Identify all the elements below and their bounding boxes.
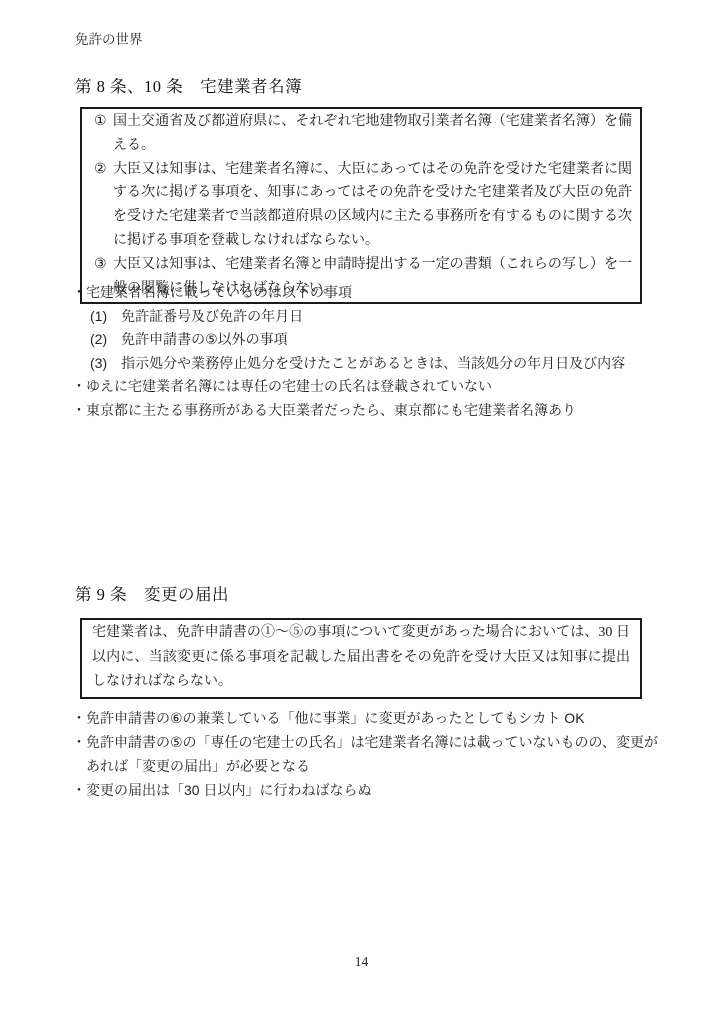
note-subline: (1) 免許証番号及び免許の年月日 [72, 305, 672, 329]
law-item-2: ② 大臣又は知事は、宅建業者名簿に、大臣にあってはその免許を受けた宅建業者に関す… [90, 158, 632, 253]
section-1-notes: ・宅建業者名簿に載っているのは以下の事項 (1) 免許証番号及び免許の年月日 (… [72, 281, 672, 422]
document-header: 免許の世界 [75, 31, 143, 48]
note-line: ・ゆえに宅建業者名簿には専任の宅建士の氏名は登載されていない [72, 375, 672, 399]
law-item-2-text: 大臣又は知事は、宅建業者名簿に、大臣にあってはその免許を受けた宅建業者に関する次… [113, 162, 632, 248]
law-item-1-text: 国土交通省及び都道府県に、それぞれ宅地建物取引業者名簿（宅建業者名簿）を備える。 [113, 114, 632, 153]
circled-number-3: ③ [94, 253, 107, 277]
law-item-1: ① 国土交通省及び都道府県に、それぞれ宅地建物取引業者名簿（宅建業者名簿）を備え… [90, 110, 632, 158]
circled-number-2: ② [94, 158, 107, 182]
article-9-law-box: 宅建業者は、免許申請書の①〜⑤の事項について変更があった場合においては、30 日… [80, 618, 642, 699]
section-1-title: 第 8 条、10 条 宅建業者名簿 [75, 77, 302, 97]
note-line: ・変更の届出は「30 日以内」に行わねばならぬ [72, 778, 664, 802]
page-number: 14 [0, 954, 723, 970]
note-subline: (3) 指示処分や業務停止処分を受けたことがあるときは、当該処分の年月日及び内容 [72, 352, 672, 376]
note-line: ・宅建業者名簿に載っているのは以下の事項 [72, 281, 672, 305]
note-subline: (2) 免許申請書の⑤以外の事項 [72, 328, 672, 352]
article-8-10-law-box: ① 国土交通省及び都道府県に、それぞれ宅地建物取引業者名簿（宅建業者名簿）を備え… [80, 107, 642, 304]
note-line: ・東京都に主たる事務所がある大臣業者だったら、東京都にも宅建業者名簿あり [72, 399, 672, 423]
section-2-title: 第 9 条 変更の届出 [75, 585, 229, 605]
note-line: ・免許申請書の⑤の「専任の宅建士の氏名」は宅建業者名簿には載っていないものの、変… [72, 730, 664, 778]
circled-number-1: ① [94, 110, 107, 134]
document-page: 免許の世界 第 8 条、10 条 宅建業者名簿 ① 国土交通省及び都道府県に、そ… [0, 0, 723, 1024]
section-2-notes: ・免許申請書の⑥の兼業している「他に事業」に変更があったとしてもシカト OK ・… [72, 706, 664, 802]
note-line: ・免許申請書の⑥の兼業している「他に事業」に変更があったとしてもシカト OK [72, 706, 664, 730]
law-paragraph: 宅建業者は、免許申請書の①〜⑤の事項について変更があった場合においては、30 日… [92, 621, 630, 695]
